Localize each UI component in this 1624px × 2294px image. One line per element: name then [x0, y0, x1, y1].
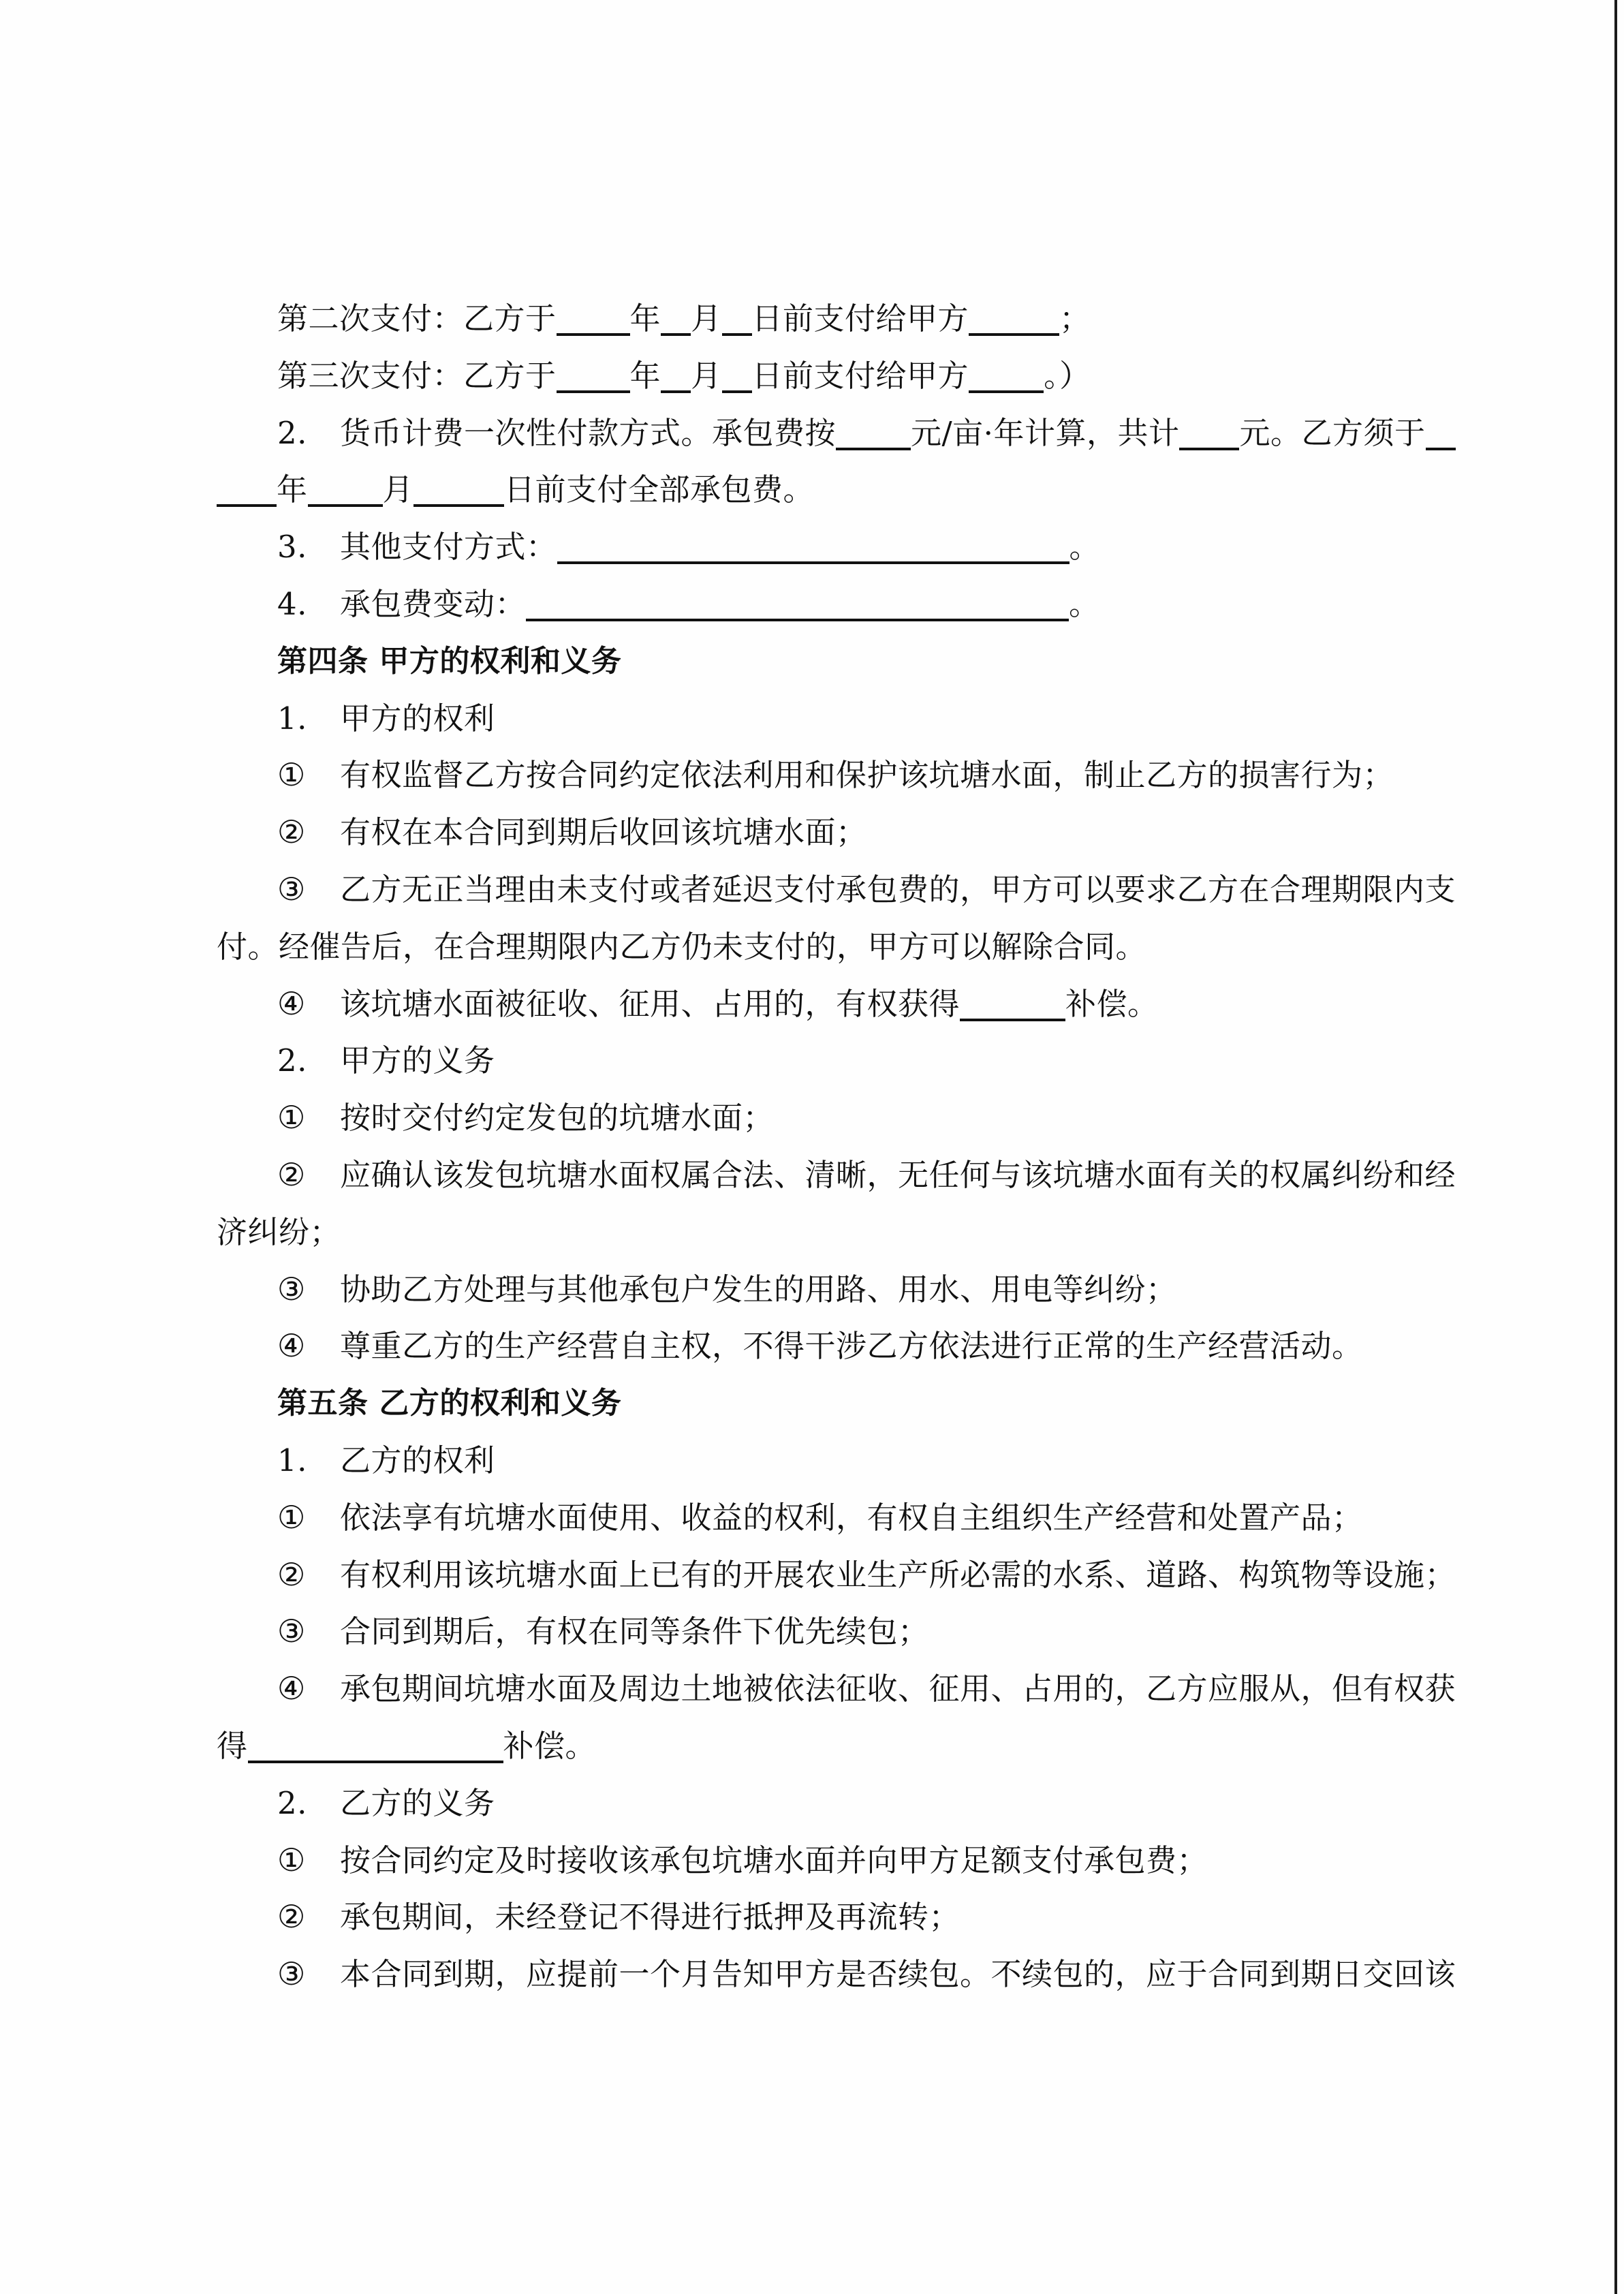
line-text: 济纠纷； — [217, 1214, 341, 1250]
section-heading: 第四条 甲方的权利和义务 — [217, 633, 1424, 690]
circled-number: ③ — [277, 1603, 340, 1660]
fill-in-blank[interactable] — [1179, 412, 1239, 450]
list-number: 2. — [277, 405, 340, 462]
line-text: 货币计费一次性付款方式。承包费按 — [340, 415, 836, 451]
text-line: ①依法享有坑塘水面使用、收益的权利，有权自主组织生产经营和处置产品； — [217, 1489, 1424, 1547]
heading-text: 第五条 乙方的权利和义务 — [277, 1386, 621, 1421]
circled-number: ③ — [277, 1261, 340, 1318]
line-text: 付。经催告后，在合理期限内乙方仍未支付的，甲方可以解除合同。 — [217, 929, 1146, 965]
line-text: 。 — [1069, 529, 1101, 565]
text-line: ①按时交付约定发包的坑塘水面； — [217, 1089, 1424, 1147]
fill-in-blank[interactable] — [557, 526, 1069, 564]
line-text: 年 — [630, 300, 661, 337]
list-number: 1. — [277, 690, 340, 747]
fill-in-blank[interactable] — [722, 355, 752, 393]
text-line: ④承包期间坑塘水面及周边土地被依法征收、征用、占用的，乙方应服从，但有权获 — [217, 1660, 1424, 1718]
line-text: 乙方无正当理由未支付或者延迟支付承包费的，甲方可以要求乙方在合理期限内支 — [340, 871, 1456, 908]
text-line: ②应确认该发包坑塘水面权属合法、清晰，无任何与该坑塘水面有关的权属纠纷和经 — [217, 1147, 1424, 1204]
line-text: 有权监督乙方按合同约定依法利用和保护该坑塘水面，制止乙方的损害行为； — [340, 757, 1394, 793]
document-page: 第二次支付：乙方于年月日前支付给甲方；第三次支付：乙方于年月日前支付给甲方。）2… — [0, 0, 1624, 2294]
line-text: ； — [1059, 300, 1091, 337]
fill-in-blank[interactable] — [661, 298, 691, 336]
document-body: 第二次支付：乙方于年月日前支付给甲方；第三次支付：乙方于年月日前支付给甲方。）2… — [217, 290, 1424, 2003]
fill-in-blank[interactable] — [1426, 412, 1456, 450]
circled-number: ② — [277, 1147, 340, 1204]
line-text: 承包费变动： — [340, 586, 526, 622]
line-text: 协助乙方处理与其他承包户发生的用路、用水、用电等纠纷； — [340, 1271, 1177, 1307]
page-edge-divider — [1614, 0, 1617, 2294]
text-line: ④该坑塘水面被征收、征用、占用的，有权获得补偿。 — [217, 976, 1424, 1033]
circled-number: ① — [277, 1832, 340, 1889]
circled-number: ② — [277, 1889, 340, 1946]
text-line: 得补偿。 — [217, 1718, 1424, 1775]
line-text: 年 — [277, 471, 308, 508]
text-line: 济纠纷； — [217, 1204, 1424, 1261]
text-line: ③协助乙方处理与其他承包户发生的用路、用水、用电等纠纷； — [217, 1261, 1424, 1318]
fill-in-blank[interactable] — [413, 469, 504, 507]
fill-in-blank[interactable] — [526, 583, 1069, 621]
text-line: ②承包期间，未经登记不得进行抵押及再流转； — [217, 1889, 1424, 1946]
line-text: 日前支付给甲方 — [752, 358, 969, 394]
line-text: 承包期间，未经登记不得进行抵押及再流转； — [340, 1899, 960, 1935]
line-text: 乙方的义务 — [340, 1785, 495, 1821]
line-text: 第三次支付：乙方于 — [277, 358, 557, 394]
list-number: 2. — [277, 1032, 340, 1089]
line-text: 补偿。 — [1065, 986, 1159, 1022]
line-text: 尊重乙方的生产经营自主权，不得干涉乙方依法进行正常的生产经营活动。 — [340, 1328, 1363, 1364]
heading-text: 第四条 甲方的权利和义务 — [277, 644, 621, 679]
line-text: 补偿。 — [503, 1728, 597, 1764]
text-line: ①按合同约定及时接收该承包坑塘水面并向甲方足额支付承包费； — [217, 1832, 1424, 1889]
line-text: 乙方的权利 — [340, 1442, 495, 1478]
text-line: 4.承包费变动：。 — [217, 576, 1424, 633]
line-text: 按合同约定及时接收该承包坑塘水面并向甲方足额支付承包费； — [340, 1842, 1208, 1878]
text-line: 年月日前支付全部承包费。 — [217, 461, 1424, 518]
fill-in-blank[interactable] — [836, 412, 911, 450]
text-line: 2.乙方的义务 — [217, 1775, 1424, 1832]
line-text: 。 — [1069, 586, 1100, 622]
text-line: ②有权在本合同到期后收回该坑塘水面； — [217, 804, 1424, 861]
fill-in-blank[interactable] — [248, 1725, 503, 1763]
line-text: 有权在本合同到期后收回该坑塘水面； — [340, 814, 867, 850]
fill-in-blank[interactable] — [557, 298, 630, 336]
line-text: 有权利用该坑塘水面上已有的开展农业生产所必需的水系、道路、构筑物等设施； — [340, 1557, 1456, 1593]
line-text: 年 — [630, 358, 661, 394]
line-text: 月 — [691, 358, 722, 394]
fill-in-blank[interactable] — [308, 469, 383, 507]
list-number: 3. — [277, 518, 340, 576]
line-text: 甲方的义务 — [340, 1042, 495, 1079]
line-text: 元。乙方须于 — [1239, 415, 1425, 451]
line-text: 甲方的权利 — [340, 700, 495, 737]
text-line: 2.甲方的义务 — [217, 1032, 1424, 1089]
line-text: 该坑塘水面被征收、征用、占用的，有权获得 — [340, 986, 960, 1022]
text-line: 付。经催告后，在合理期限内乙方仍未支付的，甲方可以解除合同。 — [217, 918, 1424, 976]
text-line: 1.乙方的权利 — [217, 1432, 1424, 1489]
line-text: 按时交付约定发包的坑塘水面； — [340, 1100, 774, 1136]
circled-number: ① — [277, 747, 340, 804]
text-line: 第二次支付：乙方于年月日前支付给甲方； — [217, 290, 1424, 347]
text-line: ②有权利用该坑塘水面上已有的开展农业生产所必需的水系、道路、构筑物等设施； — [217, 1547, 1424, 1604]
text-line: 第三次支付：乙方于年月日前支付给甲方。） — [217, 347, 1424, 405]
circled-number: ③ — [277, 861, 340, 918]
line-text: 日前支付全部承包费。 — [504, 471, 814, 508]
circled-number: ④ — [277, 1318, 340, 1375]
line-text: 月 — [383, 471, 414, 508]
fill-in-blank[interactable] — [969, 298, 1059, 336]
line-text: 日前支付给甲方 — [752, 300, 969, 337]
circled-number: ① — [277, 1089, 340, 1147]
line-text: 应确认该发包坑塘水面权属合法、清晰，无任何与该坑塘水面有关的权属纠纷和经 — [340, 1157, 1456, 1193]
text-line: ①有权监督乙方按合同约定依法利用和保护该坑塘水面，制止乙方的损害行为； — [217, 747, 1424, 804]
list-number: 1. — [277, 1432, 340, 1489]
circled-number: ② — [277, 1547, 340, 1604]
fill-in-blank[interactable] — [557, 355, 630, 393]
list-number: 4. — [277, 576, 340, 633]
line-text: 得 — [217, 1728, 248, 1764]
fill-in-blank[interactable] — [722, 298, 752, 336]
fill-in-blank[interactable] — [969, 355, 1044, 393]
text-line: ④尊重乙方的生产经营自主权，不得干涉乙方依法进行正常的生产经营活动。 — [217, 1318, 1424, 1375]
fill-in-blank[interactable] — [661, 355, 691, 393]
fill-in-blank[interactable] — [960, 983, 1065, 1021]
list-number: 2. — [277, 1775, 340, 1832]
line-text: 依法享有坑塘水面使用、收益的权利，有权自主组织生产经营和处置产品； — [340, 1500, 1363, 1536]
text-line: ③乙方无正当理由未支付或者延迟支付承包费的，甲方可以要求乙方在合理期限内支 — [217, 861, 1424, 918]
section-heading: 第五条 乙方的权利和义务 — [217, 1375, 1424, 1432]
circled-number: ① — [277, 1489, 340, 1547]
circled-number: ④ — [277, 976, 340, 1033]
text-line: 1.甲方的权利 — [217, 690, 1424, 747]
text-line: 3.其他支付方式：。 — [217, 518, 1424, 576]
line-text: 元/亩·年计算，共计 — [911, 415, 1179, 451]
line-text: 合同到期后，有权在同等条件下优先续包； — [340, 1613, 929, 1649]
fill-in-blank[interactable] — [217, 469, 277, 507]
text-line: 2.货币计费一次性付款方式。承包费按元/亩·年计算，共计元。乙方须于 — [217, 405, 1424, 462]
line-text: 本合同到期，应提前一个月告知甲方是否续包。不续包的，应于合同到期日交回该 — [340, 1956, 1456, 1992]
line-text: 承包期间坑塘水面及周边土地被依法征收、征用、占用的，乙方应服从，但有权获 — [340, 1671, 1456, 1707]
line-text: 其他支付方式： — [340, 529, 557, 565]
line-text: 第二次支付：乙方于 — [277, 300, 557, 337]
line-text: 。） — [1044, 358, 1091, 394]
text-line: ③合同到期后，有权在同等条件下优先续包； — [217, 1603, 1424, 1660]
circled-number: ④ — [277, 1660, 340, 1718]
circled-number: ② — [277, 804, 340, 861]
circled-number: ③ — [277, 1946, 340, 2003]
line-text: 月 — [691, 300, 722, 337]
text-line: ③本合同到期，应提前一个月告知甲方是否续包。不续包的，应于合同到期日交回该 — [217, 1946, 1424, 2003]
